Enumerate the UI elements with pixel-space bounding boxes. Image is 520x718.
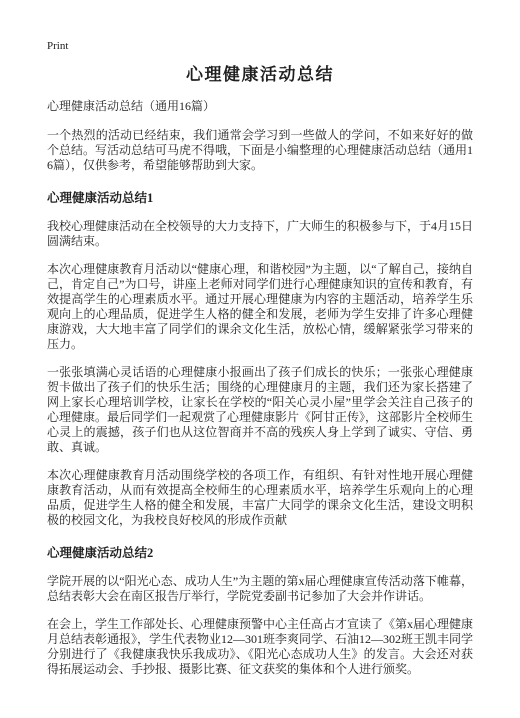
section-1-paragraph: 一张张填满心灵话语的心理健康小报画出了孩子们成长的快乐；一张张心理健康贺卡做出了… (47, 365, 473, 455)
document-page: Print 心理健康活动总结 心理健康活动总结（通用16篇） 一个热烈的活动已经… (0, 0, 520, 718)
section-1-paragraph: 本次心理健康教育月活动围绕学校的各项工作，有组织、有针对性地开展心理健康教育活动… (47, 468, 473, 528)
page-title: 心理健康活动总结 (47, 64, 473, 85)
section-2-heading: 心理健康活动总结2 (47, 546, 473, 561)
section-2-paragraph: 在会上，学生工作部处长、心理健康预警中心主任高占才宣读了《第x届心理健康月总结表… (47, 617, 473, 677)
section-1-paragraph: 本次心理健康教育月活动以“健康心理，和谐校园”为主题，以“了解自己，接纳自己，肯… (47, 262, 473, 352)
print-button[interactable]: Print (47, 40, 473, 52)
section-1-paragraph: 我校心理健康活动在全校领导的大力支持下，广大师生的积极参与下，于4月15日圆满结… (47, 219, 473, 249)
doc-subtitle: 心理健康活动总结（通用16篇） (47, 99, 473, 114)
section-1-heading: 心理健康活动总结1 (47, 191, 473, 206)
section-2-paragraph: 学院开展的以“阳光心态、成功人生”为主题的第x届心理健康宣传活动落下帷幕，总结表… (47, 574, 473, 604)
intro-paragraph: 一个热烈的活动已经结束，我们通常会学习到一些做人的学问，不如来好好的做个总结。写… (47, 128, 473, 173)
